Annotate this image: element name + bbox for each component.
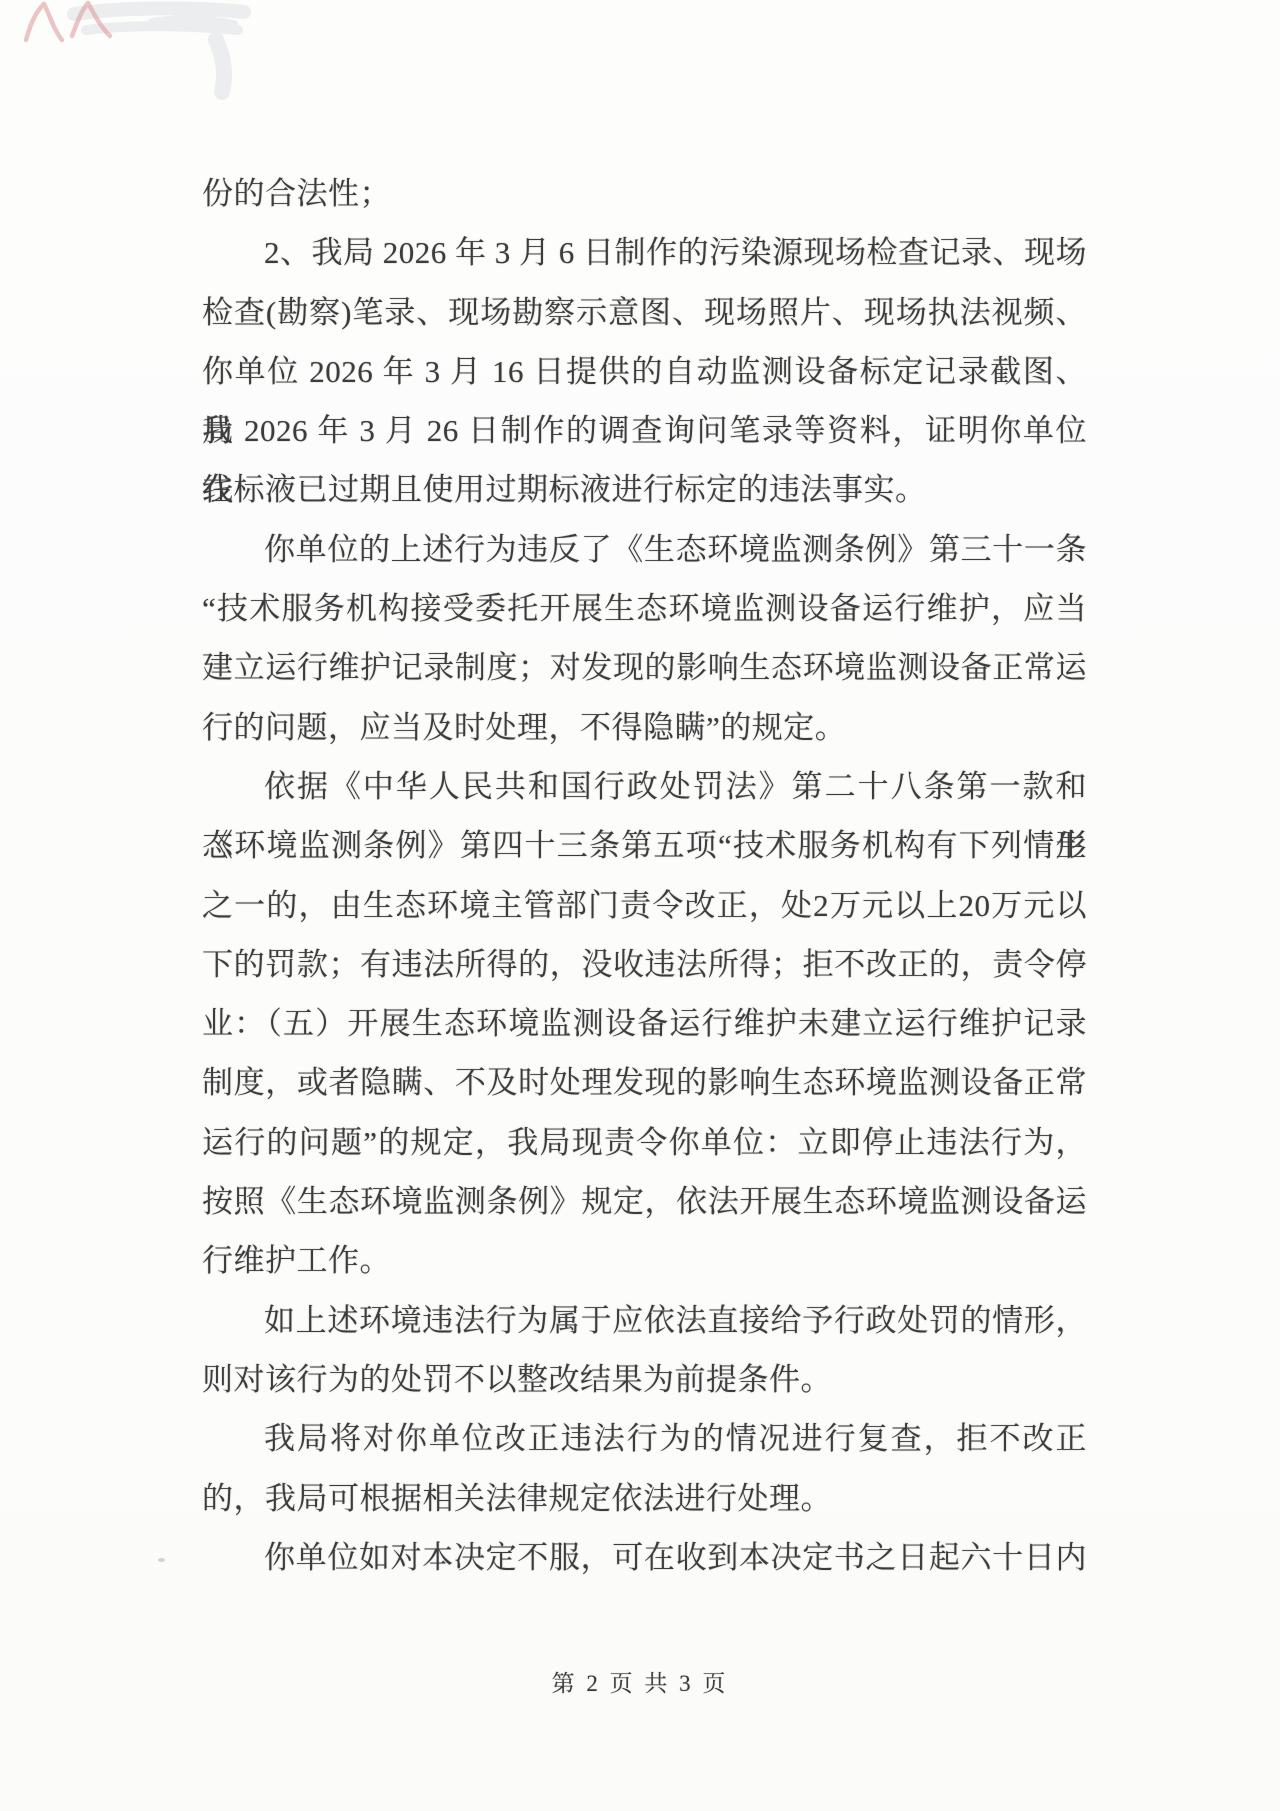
text-line: 我局将对你单位改正违法行为的情况进行复查，拒不改正 bbox=[202, 1409, 1087, 1468]
text-line: 行的问题，应当及时处理，不得隐瞒”的规定。 bbox=[202, 698, 1087, 757]
text-line: 如上述环境违法行为属于应依法直接给予行政处罚的情形， bbox=[202, 1291, 1087, 1350]
text-line: 之一的，由生态环境主管部门责令改正，处2万元以上20万元以 bbox=[202, 876, 1087, 935]
text-line: 局 2026 年 3 月 26 日制作的调查询问笔录等资料，证明你单位在 bbox=[202, 401, 1087, 460]
text-line: 则对该行为的处罚不以整改结果为前提条件。 bbox=[202, 1350, 1087, 1409]
text-line: 建立运行维护记录制度；对发现的影响生态环境监测设备正常运 bbox=[202, 638, 1087, 697]
text-line: 运行的问题”的规定，我局现责令你单位：立即停止违法行为， bbox=[202, 1113, 1087, 1172]
text-line: 态环境监测条例》第四十三条第五项“技术服务机构有下列情形 bbox=[202, 816, 1087, 875]
text-line: 下的罚款；有违法所得的，没收违法所得；拒不改正的，责令停 bbox=[202, 935, 1087, 994]
text-line: 行维护工作。 bbox=[202, 1231, 1087, 1290]
text-line: “技术服务机构接受委托开展生态环境监测设备运行维护，应当 bbox=[202, 579, 1087, 638]
text-line: 你单位 2026 年 3 月 16 日提供的自动监测设备标定记录截图、我 bbox=[202, 342, 1087, 401]
text-line: 按照《生态环境监测条例》规定，依法开展生态环境监测设备运 bbox=[202, 1172, 1087, 1231]
text-line: 业：（五）开展生态环境监测设备运行维护未建立运行维护记录 bbox=[202, 994, 1087, 1053]
red-pen-marks-artifact bbox=[20, 0, 120, 52]
page-number: 第 2 页 共 3 页 bbox=[0, 1665, 1280, 1698]
scan-smudge-artifact bbox=[66, 0, 276, 100]
text-line: 你单位的上述行为违反了《生态环境监测条例》第三十一条 bbox=[202, 520, 1087, 579]
text-line: 依据《中华人民共和国行政处罚法》第二十八条第一款和《生 bbox=[202, 757, 1087, 816]
text-line: 线标液已过期且使用过期标液进行标定的违法事实。 bbox=[202, 460, 1087, 519]
text-line: 制度，或者隐瞒、不及时处理发现的影响生态环境监测设备正常 bbox=[202, 1053, 1087, 1112]
text-line: 2、我局 2026 年 3 月 6 日制作的污染源现场检查记录、现场 bbox=[202, 223, 1087, 282]
text-line: 检查(勘察)笔录、现场勘察示意图、现场照片、现场执法视频、 bbox=[202, 283, 1087, 342]
scan-speck-artifact bbox=[158, 1558, 165, 1562]
text-line: 你单位如对本决定不服，可在收到本决定书之日起六十日内 bbox=[202, 1528, 1087, 1587]
text-line: 份的合法性； bbox=[202, 164, 1087, 223]
document-body: 份的合法性；2、我局 2026 年 3 月 6 日制作的污染源现场检查记录、现场… bbox=[202, 164, 1087, 1587]
document-page: 份的合法性；2、我局 2026 年 3 月 6 日制作的污染源现场检查记录、现场… bbox=[0, 0, 1280, 1811]
text-line: 的，我局可根据相关法律规定依法进行处理。 bbox=[202, 1469, 1087, 1528]
